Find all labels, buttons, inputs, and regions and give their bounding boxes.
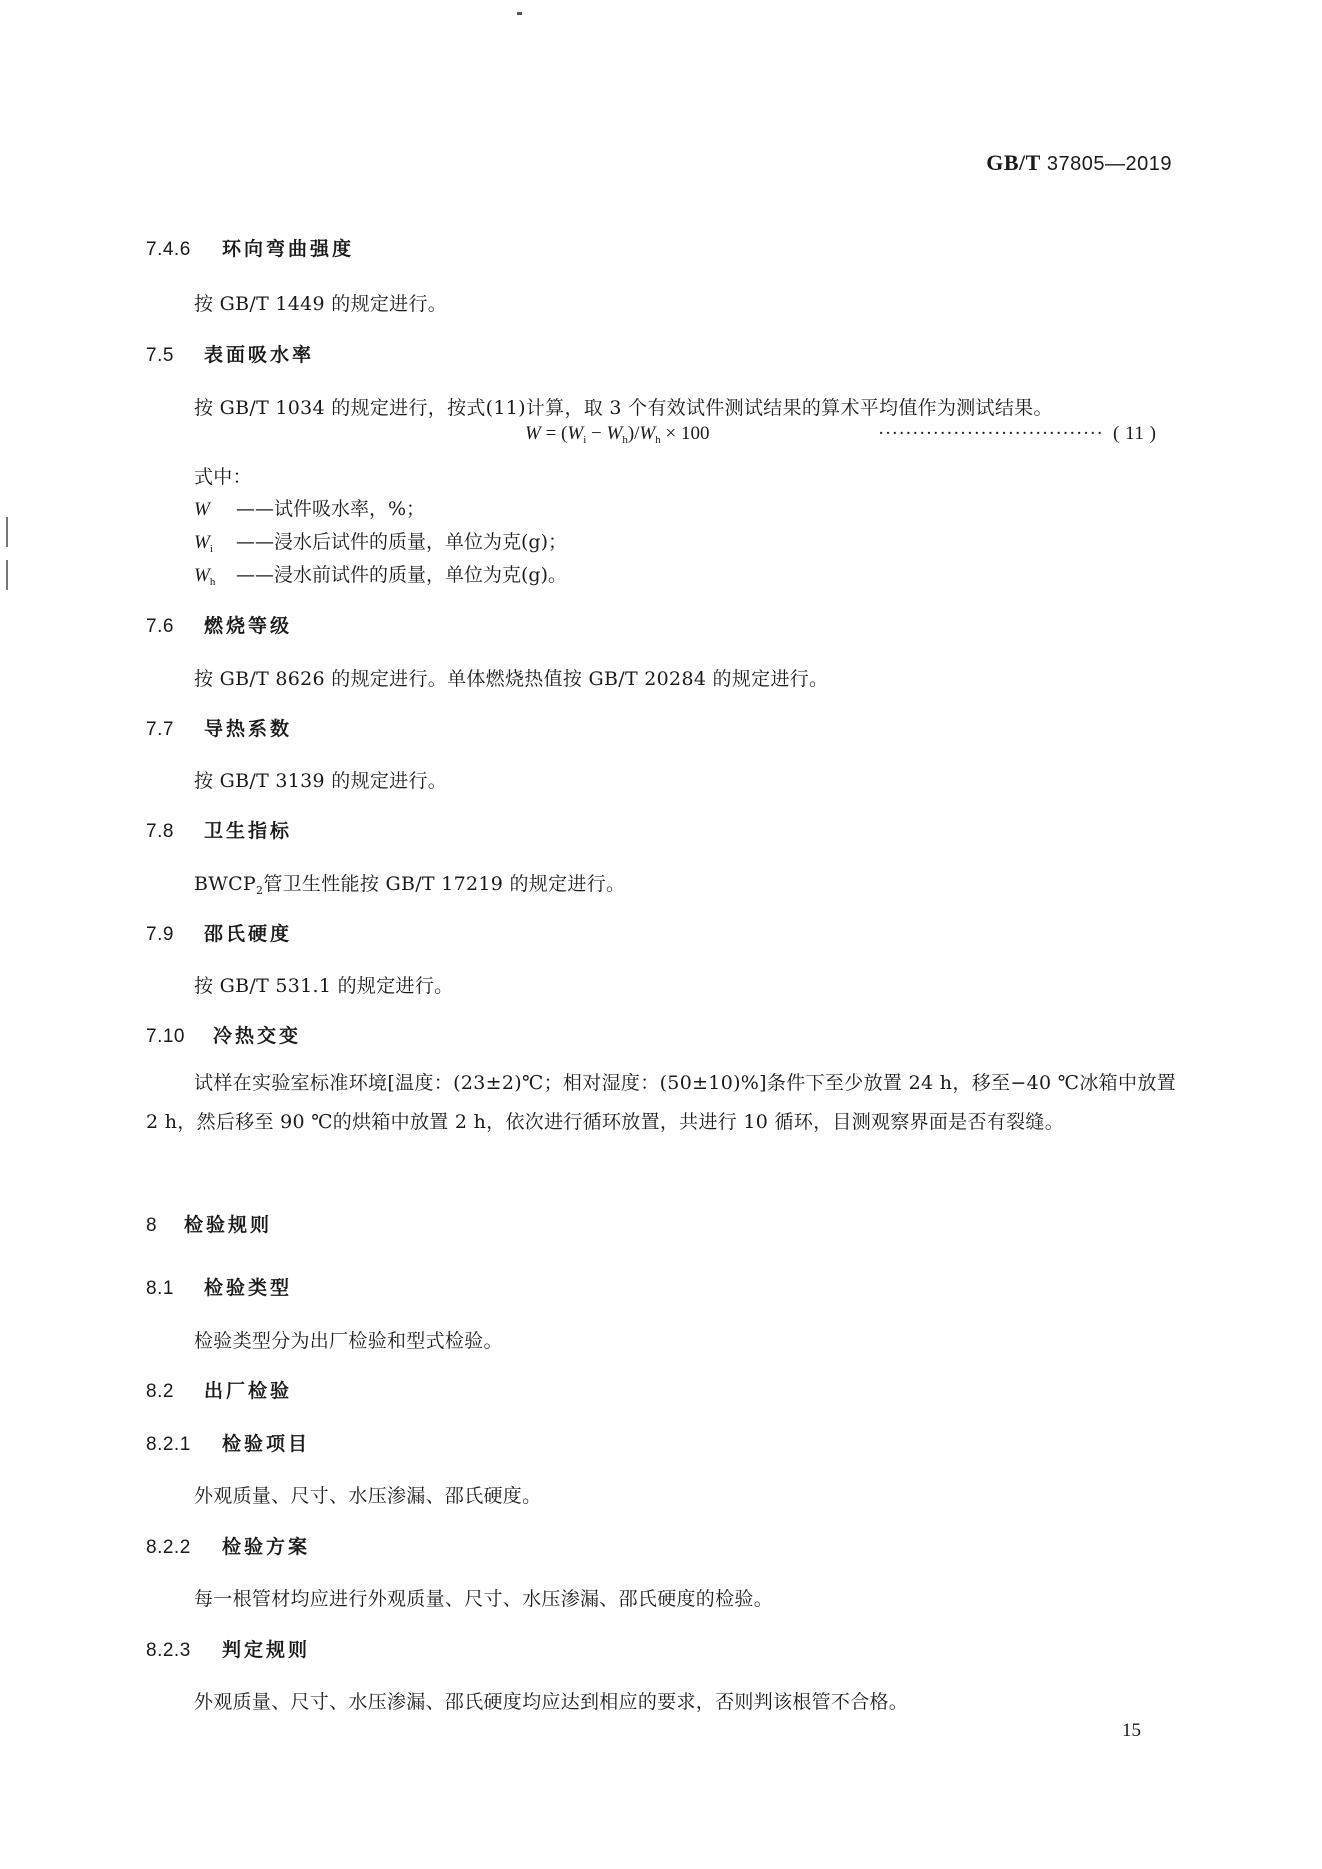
symbol-subscript: h [210, 576, 216, 588]
formula-text: )/ [628, 423, 640, 444]
formula-water-absorption: W = (Wi − Wh)/Wh × 100 [525, 423, 709, 446]
section-title: 检验方案 [222, 1536, 310, 1558]
formula-text: = ( [541, 423, 568, 444]
definition-text: ——浸水后试件的质量，单位为克(g)； [236, 531, 567, 553]
section-number: 7.7 [146, 719, 204, 741]
standard-number-header: GB/T 37805—2019 [986, 150, 1172, 176]
section-title: 环向弯曲强度 [222, 238, 354, 260]
section-title: 检验规则 [184, 1214, 272, 1236]
section-number: 7.9 [146, 924, 204, 946]
section-number: 8.2.1 [146, 1434, 222, 1456]
where-label: 式中： [194, 462, 252, 489]
symbol-text: W [194, 565, 210, 586]
section-body-7-8: BWCP2管卫生性能按 GB/T 17219 的规定进行。 [194, 869, 625, 897]
definition-text: ——浸水前试件的质量，单位为克(g)。 [236, 564, 567, 586]
section-title: 邵氏硬度 [204, 923, 292, 945]
section-title: 燃烧等级 [204, 615, 292, 637]
scan-artifact-line [6, 517, 8, 547]
section-heading-8-2: 8.2出厂检验 [146, 1376, 292, 1403]
formula-symbol-wh: W [639, 423, 655, 444]
section-body-7-5: 按 GB/T 1034 的规定进行，按式(11)计算，取 3 个有效试件测试结果… [194, 393, 1053, 420]
definition-symbol: W [194, 499, 236, 522]
section-number: 7.4.6 [146, 239, 222, 261]
formula-symbol-wh: W [606, 423, 622, 444]
definition-row: W——试件吸水率，%； [194, 494, 425, 522]
symbol-text: W [194, 532, 210, 553]
section-heading-8-1: 8.1检验类型 [146, 1273, 292, 1300]
symbol-text: W [194, 499, 210, 520]
section-number: 8.1 [146, 1278, 204, 1300]
section-heading-7-9: 7.9邵氏硬度 [146, 919, 292, 946]
definition-text: ——试件吸水率，%； [236, 498, 425, 520]
section-title: 冷热交变 [213, 1025, 301, 1047]
section-number: 7.6 [146, 616, 204, 638]
section-body-7-4-6: 按 GB/T 1449 的规定进行。 [194, 289, 447, 316]
section-number: 8 [146, 1215, 184, 1237]
definition-symbol: Wi [194, 532, 236, 555]
scan-artifact-dot [517, 12, 522, 15]
symbol-subscript: i [210, 543, 213, 555]
section-title: 表面吸水率 [204, 344, 314, 366]
section-title: 出厂检验 [204, 1380, 292, 1402]
definition-row: Wh——浸水前试件的质量，单位为克(g)。 [194, 560, 567, 588]
section-number: 7.10 [146, 1026, 213, 1048]
page-number: 15 [1122, 1720, 1141, 1742]
section-body-7-7: 按 GB/T 3139 的规定进行。 [194, 766, 447, 793]
section-heading-7-7: 7.7导热系数 [146, 714, 292, 741]
section-body-7-9: 按 GB/T 531.1 的规定进行。 [194, 971, 453, 998]
section-body-7-10: 试样在实验室标准环境[温度：(23±2)℃；相对湿度：(50±10)%]条件下至… [146, 1064, 1176, 1142]
section-title: 检验项目 [222, 1433, 310, 1455]
section-heading-8-2-3: 8.2.3判定规则 [146, 1635, 310, 1662]
section-body-7-6: 按 GB/T 8626 的规定进行。单体燃烧热值按 GB/T 20284 的规定… [194, 664, 828, 691]
scan-artifact-line [6, 560, 8, 590]
section-number: 8.2.2 [146, 1537, 222, 1559]
section-title: 判定规则 [222, 1639, 310, 1661]
section-heading-7-5: 7.5表面吸水率 [146, 340, 314, 367]
section-number: 7.5 [146, 345, 204, 367]
formula-symbol-wi: W [567, 423, 583, 444]
body-text: BWCP [194, 873, 256, 895]
formula-text: × 100 [661, 423, 710, 444]
section-heading-7-8: 7.8卫生指标 [146, 816, 292, 843]
equation-number: ( 11 ) [1113, 423, 1156, 445]
section-title: 检验类型 [204, 1277, 292, 1299]
section-body-8-2-3: 外观质量、尺寸、水压渗漏、邵氏硬度均应达到相应的要求，否则判该根管不合格。 [194, 1687, 908, 1714]
formula-text: − [586, 423, 606, 444]
section-heading-7-6: 7.6燃烧等级 [146, 611, 292, 638]
section-body-8-2-2: 每一根管材均应进行外观质量、尺寸、水压渗漏、邵氏硬度的检验。 [194, 1584, 773, 1611]
section-heading-7-10: 7.10冷热交变 [146, 1021, 301, 1048]
section-body-8-1: 检验类型分为出厂检验和型式检验。 [194, 1326, 503, 1353]
section-heading-8-2-1: 8.2.1检验项目 [146, 1429, 310, 1456]
definition-symbol: Wh [194, 565, 236, 588]
section-heading-7-4-6: 7.4.6环向弯曲强度 [146, 234, 354, 261]
section-body-8-2-1: 外观质量、尺寸、水压渗漏、邵氏硬度。 [194, 1481, 541, 1508]
body-text: 管卫生性能按 GB/T 17219 的规定进行。 [263, 873, 625, 895]
section-heading-8: 8检验规则 [146, 1210, 272, 1237]
section-title: 导热系数 [204, 718, 292, 740]
section-title: 卫生指标 [204, 820, 292, 842]
section-number: 8.2.3 [146, 1640, 222, 1662]
definition-row: Wi——浸水后试件的质量，单位为克(g)； [194, 527, 567, 555]
standard-prefix: GB/T [986, 150, 1041, 175]
section-number: 7.8 [146, 821, 204, 843]
formula-leader-dots: ································· [878, 423, 1103, 445]
formula-symbol-w: W [525, 423, 541, 444]
standard-number: 37805—2019 [1047, 153, 1172, 175]
section-heading-8-2-2: 8.2.2检验方案 [146, 1532, 310, 1559]
section-number: 8.2 [146, 1381, 204, 1403]
